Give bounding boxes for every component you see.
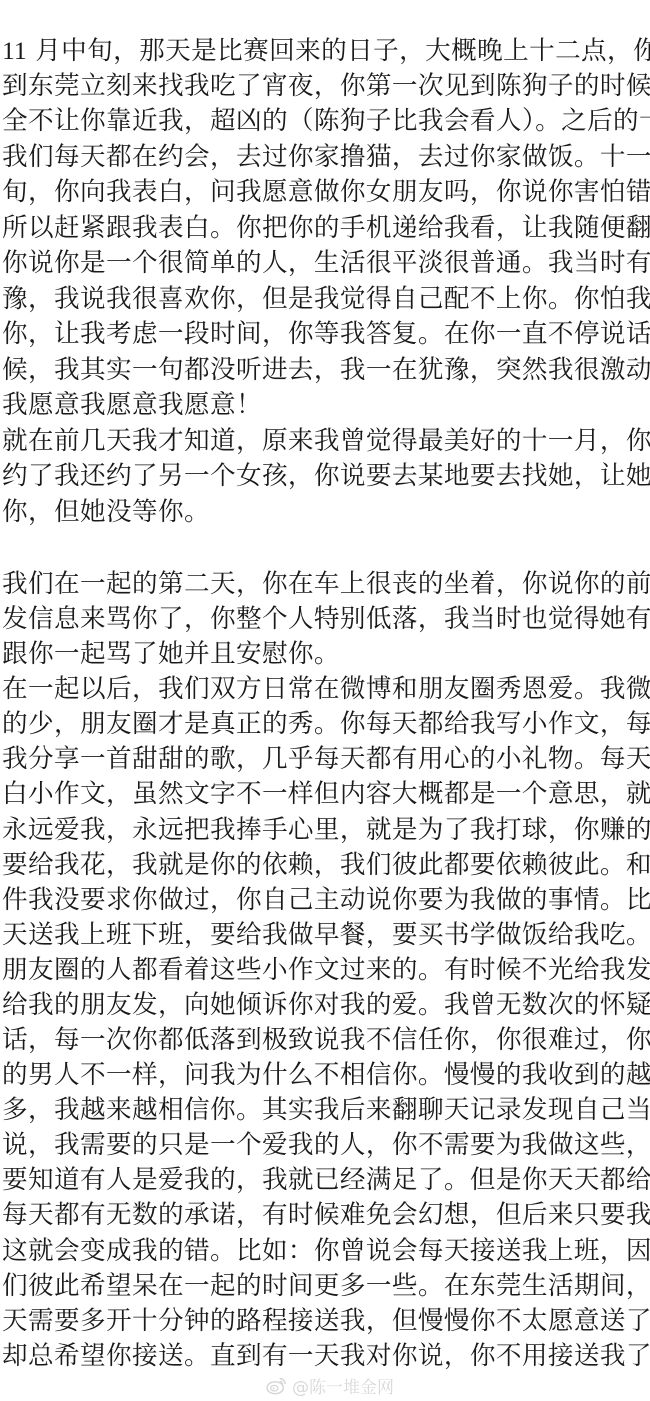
- text-line: 白小作文，虽然文字不一样但内容大概都是一个意思，就是会: [2, 777, 650, 812]
- text-line: 朋友圈的人都看着这些小作文过来的。有时候不光给我发，还: [2, 953, 650, 988]
- text-line: 所以赶紧跟我表白。你把你的手机递给我看，让我随便翻阅，: [2, 211, 650, 246]
- text-line: 豫，我说我很喜欢你，但是我觉得自己配不上你。你怕我拒绝: [2, 282, 650, 317]
- text-line: 却总希望你接送。直到有一天我对你说，你不用接送我了，因: [2, 1339, 650, 1374]
- text-line: 多，我越来越相信你。其实我后来翻聊天记录发现自己当时曾: [2, 1093, 650, 1128]
- text-line: 我分享一首甜甜的歌，几乎每天都有用心的小礼物。每天的表: [2, 742, 650, 777]
- text-line: 天送我上班下班，要给我做早餐，要买书学做饭给我吃。整个: [2, 918, 650, 953]
- text-line: 你，让我考虑一段时间，你等我答复。在你一直不停说话的时: [2, 317, 650, 352]
- text-line: 全不让你靠近我，超凶的（陈狗子比我会看人）。之后的十天，: [2, 104, 650, 139]
- text-line: 11 月中旬，那天是比赛回来的日子，大概晚上十二点，你一回: [2, 33, 650, 68]
- text-line: 跟你一起骂了她并且安慰你。: [2, 637, 650, 672]
- text-line-rest: 月中旬，那天是比赛回来的日子，大概晚上十二点，你一回: [27, 36, 650, 66]
- text-line: 我们每天都在约会，去过你家撸猫，去过你家做饭。十一月下: [2, 140, 650, 175]
- text-line: 我愿意我愿意我愿意！: [2, 388, 650, 423]
- text-line: 你说你是一个很简单的人，生活很平淡很普通。我当时有点犹: [2, 246, 650, 281]
- watermark-text: @陈一堆金网: [292, 1373, 394, 1398]
- text-line: 说，我需要的只是一个爱我的人，你不需要为我做这些，我只: [2, 1128, 650, 1163]
- text-line: 你，但她没等你。: [2, 495, 650, 530]
- text-line: 每天都有无数的承诺，有时候难免会幻想，但后来只要我一提: [2, 1198, 650, 1233]
- text-line: 要给我花，我就是你的依赖，我们彼此都要依赖彼此。和无数: [2, 848, 650, 883]
- text-line: 的男人不一样，问我为什么不相信你。慢慢的我收到的越来越: [2, 1058, 650, 1093]
- text-line: 件我没要求你做过，你自己主动说你要为我做的事情。比如每: [2, 883, 650, 918]
- text-line: 旬，你向我表白，问我愿意做你女朋友吗，你说你害怕错过我，: [2, 175, 650, 210]
- text-line: 天需要多开十分钟的路程接送我，但慢慢你不太愿意送了，我: [2, 1304, 650, 1339]
- text-line: 永远爱我，永远把我捧手心里，就是为了我打球，你赚的钱都: [2, 813, 650, 848]
- text-line: 发信息来骂你了，你整个人特别低落，我当时也觉得她有病，: [2, 602, 650, 637]
- text-line: 的少，朋友圈才是真正的秀。你每天都给我写小作文，每天给: [2, 707, 650, 742]
- text-line: 候，我其实一句都没听进去，我一在犹豫，突然我很激动的说: [2, 353, 650, 388]
- text-line: 在一起以后，我们双方日常在微博和朋友圈秀恩爱。我微博秀: [2, 672, 650, 707]
- text-line: 我们在一起的第二天，你在车上很丧的坐着，你说你的前任又: [2, 567, 650, 602]
- text-line: 给我的朋友发，向她倾诉你对我的爱。我曾无数次的怀疑这些: [2, 988, 650, 1023]
- text-line: 约了我还约了另一个女孩，你说要去某地要去找她，让她等等: [2, 459, 650, 494]
- text-line: 到东莞立刻来找我吃了宵夜，你第一次见到陈狗子的时候它完: [2, 69, 650, 104]
- text-line: 这就会变成我的错。比如：你曾说会每天接送我上班，因为我: [2, 1234, 650, 1269]
- weibo-watermark: @陈一堆金网: [266, 1373, 394, 1397]
- text-line: 们彼此希望呆在一起的时间更多一些。在东莞生活期间，你每: [2, 1269, 650, 1304]
- text-line: 要知道有人是爱我的，我就已经满足了。但是你天天都给我写，: [2, 1163, 650, 1198]
- text-line-number-prefix: 11: [2, 36, 27, 65]
- text-line: 就在前几天我才知道，原来我曾觉得最美好的十一月，你不光: [2, 424, 650, 459]
- text-line: 话，每一次你都低落到极致说我不信任你，你很难过，你和别: [2, 1023, 650, 1058]
- weibo-logo-icon: [266, 1375, 288, 1395]
